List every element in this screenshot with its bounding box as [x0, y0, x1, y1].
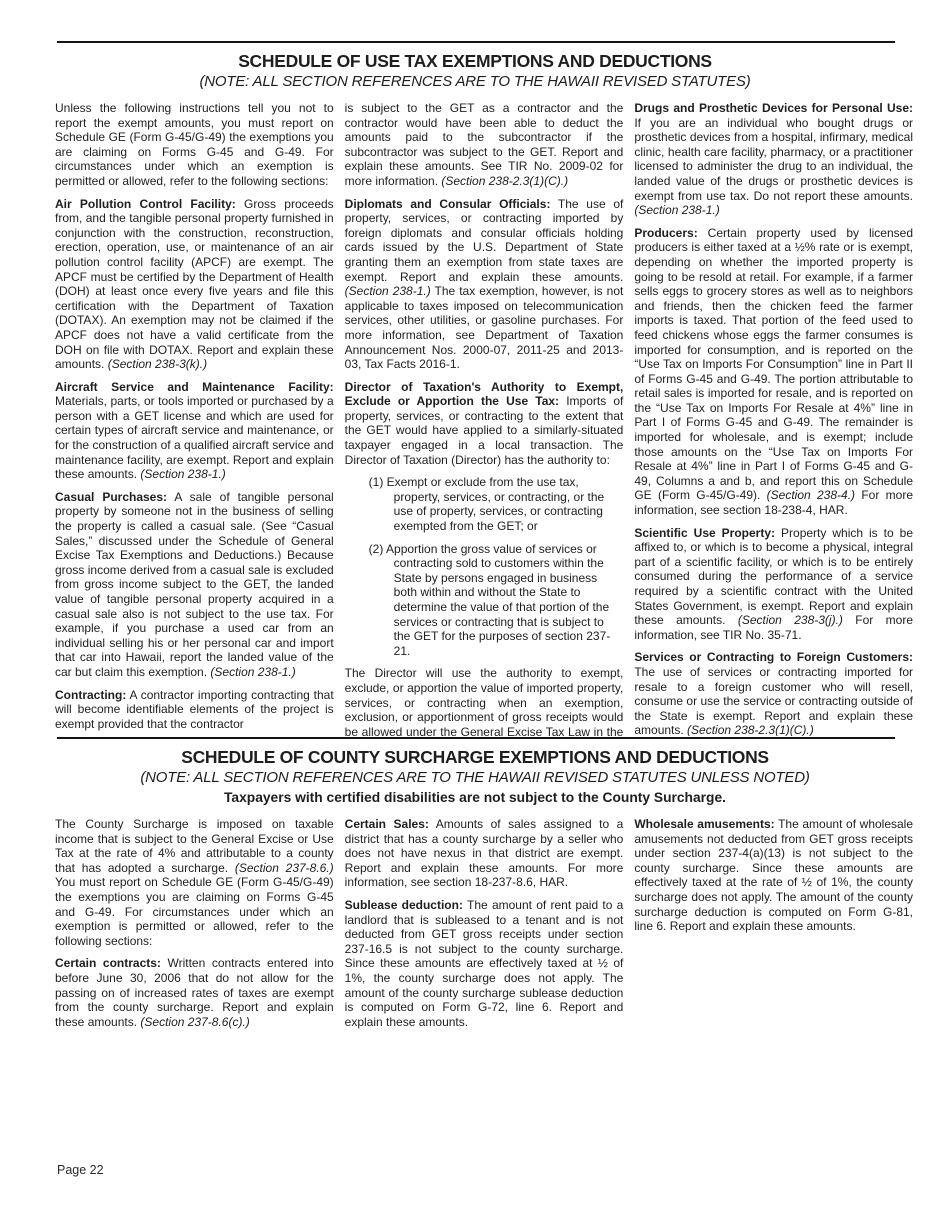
- body-text: The amount of rent paid to a landlord th…: [345, 898, 624, 1029]
- body-text: You must report on Schedule GE (Form G-4…: [55, 875, 334, 947]
- paragraph: Unless the following instructions tell y…: [55, 101, 334, 189]
- body-text: Property which is to be affixed to, or w…: [634, 526, 913, 628]
- term-heading: Contracting:: [55, 688, 126, 702]
- body-text: Certain property used by licensed produc…: [634, 226, 913, 503]
- body-text: The amount of wholesale amusements not d…: [634, 817, 913, 933]
- body-text: Gross proceeds from, and the tangible pe…: [55, 197, 334, 372]
- paragraph: Scientific Use Property: Property which …: [634, 526, 913, 643]
- paragraph: The Director will use the authority to e…: [345, 666, 624, 736]
- section-reference: (Section 238-3(k).): [108, 357, 207, 371]
- use-tax-column-2: is subject to the GET as a contractor an…: [345, 101, 624, 736]
- paragraph: Producers: Certain property used by lice…: [634, 226, 913, 518]
- county-surcharge-column-3: Wholesale amusements: The amount of whol…: [634, 817, 913, 1037]
- page-number: Page 22: [57, 1163, 104, 1177]
- use-tax-note: (NOTE: ALL SECTION REFERENCES ARE TO THE…: [0, 73, 950, 90]
- paragraph: Casual Purchases: A sale of tangible per…: [55, 490, 334, 680]
- paragraph: Director of Taxation's Authority to Exem…: [345, 380, 624, 468]
- term-heading: Wholesale amusements:: [634, 817, 774, 831]
- body-text: (1) Exempt or exclude from the use tax, …: [369, 475, 605, 533]
- paragraph: Certain contracts: Written contracts ent…: [55, 956, 334, 1029]
- term-heading: Casual Purchases:: [55, 490, 167, 504]
- body-text: Unless the following instructions tell y…: [55, 101, 334, 188]
- county-surcharge-section: SCHEDULE OF COUNTY SURCHARGE EXEMPTIONS …: [0, 737, 950, 1162]
- section-reference: (Section 238-3(j).): [738, 613, 843, 627]
- county-surcharge-column-1: The County Surcharge is imposed on taxab…: [55, 817, 334, 1037]
- paragraph: is subject to the GET as a contractor an…: [345, 101, 624, 189]
- section-reference: (Section 238-1.): [345, 284, 431, 298]
- county-surcharge-column-2: Certain Sales: Amounts of sales assigned…: [345, 817, 624, 1037]
- county-surcharge-disabilities-note: Taxpayers with certified disabilities ar…: [0, 790, 950, 806]
- use-tax-column-3: Drugs and Prosthetic Devices for Persona…: [634, 101, 913, 736]
- term-heading: Services or Contracting to Foreign Custo…: [634, 650, 913, 664]
- paragraph: Aircraft Service and Maintenance Facilit…: [55, 380, 334, 482]
- section-reference: (Section 238-4.): [767, 488, 855, 502]
- county-surcharge-columns: The County Surcharge is imposed on taxab…: [0, 806, 950, 1037]
- paragraph: Air Pollution Control Facility: Gross pr…: [55, 197, 334, 372]
- section-reference: (Section 237-8.6.): [235, 861, 334, 875]
- term-heading: Drugs and Prosthetic Devices for Persona…: [634, 101, 913, 115]
- term-heading: Scientific Use Property:: [634, 526, 775, 540]
- body-text: If you are an individual who bought drug…: [634, 116, 913, 203]
- section-reference: (Section 238-1.): [210, 665, 295, 679]
- use-tax-section: SCHEDULE OF USE TAX EXEMPTIONS AND DEDUC…: [0, 41, 950, 736]
- term-heading: Sublease deduction:: [345, 898, 463, 912]
- paragraph: Services or Contracting to Foreign Custo…: [634, 650, 913, 736]
- county-surcharge-title: SCHEDULE OF COUNTY SURCHARGE EXEMPTIONS …: [0, 748, 950, 767]
- county-surcharge-note: (NOTE: ALL SECTION REFERENCES ARE TO THE…: [0, 769, 950, 786]
- term-heading: Certain Sales:: [345, 817, 429, 831]
- paragraph: Drugs and Prosthetic Devices for Persona…: [634, 101, 913, 218]
- paragraph: Sublease deduction: The amount of rent p…: [345, 898, 624, 1029]
- middle-horizontal-rule: [57, 737, 895, 739]
- paragraph: Wholesale amusements: The amount of whol…: [634, 817, 913, 934]
- term-heading: Aircraft Service and Maintenance Facilit…: [55, 380, 334, 394]
- term-heading: Air Pollution Control Facility:: [55, 197, 236, 211]
- term-heading: Certain contracts:: [55, 956, 161, 970]
- body-text: (2) Apportion the gross value of service…: [369, 542, 611, 658]
- section-reference: (Section 238-1.): [634, 203, 719, 217]
- paragraph: Diplomats and Consular Officials: The us…: [345, 197, 624, 372]
- numbered-list-item: (2) Apportion the gross value of service…: [345, 542, 624, 659]
- use-tax-title: SCHEDULE OF USE TAX EXEMPTIONS AND DEDUC…: [0, 52, 950, 71]
- section-reference: (Section 238-1.): [140, 467, 225, 481]
- top-horizontal-rule: [57, 41, 895, 43]
- use-tax-column-1: Unless the following instructions tell y…: [55, 101, 334, 736]
- term-heading: Diplomats and Consular Officials:: [345, 197, 551, 211]
- document-page: SCHEDULE OF USE TAX EXEMPTIONS AND DEDUC…: [0, 0, 950, 1230]
- use-tax-columns: Unless the following instructions tell y…: [0, 90, 950, 736]
- section-reference: (Section 238-2.3(1)(C).): [441, 174, 568, 188]
- paragraph: Certain Sales: Amounts of sales assigned…: [345, 817, 624, 890]
- section-reference: (Section 238-2.3(1)(C).): [687, 723, 814, 736]
- section-reference: (Section 237-8.6(c).): [140, 1015, 249, 1029]
- term-heading: Producers:: [634, 226, 697, 240]
- paragraph: Contracting: A contractor importing cont…: [55, 688, 334, 732]
- body-text: The Director will use the authority to e…: [345, 666, 624, 736]
- body-text: A sale of tangible personal property by …: [55, 490, 334, 679]
- numbered-list-item: (1) Exempt or exclude from the use tax, …: [345, 475, 624, 533]
- paragraph: The County Surcharge is imposed on taxab…: [55, 817, 334, 948]
